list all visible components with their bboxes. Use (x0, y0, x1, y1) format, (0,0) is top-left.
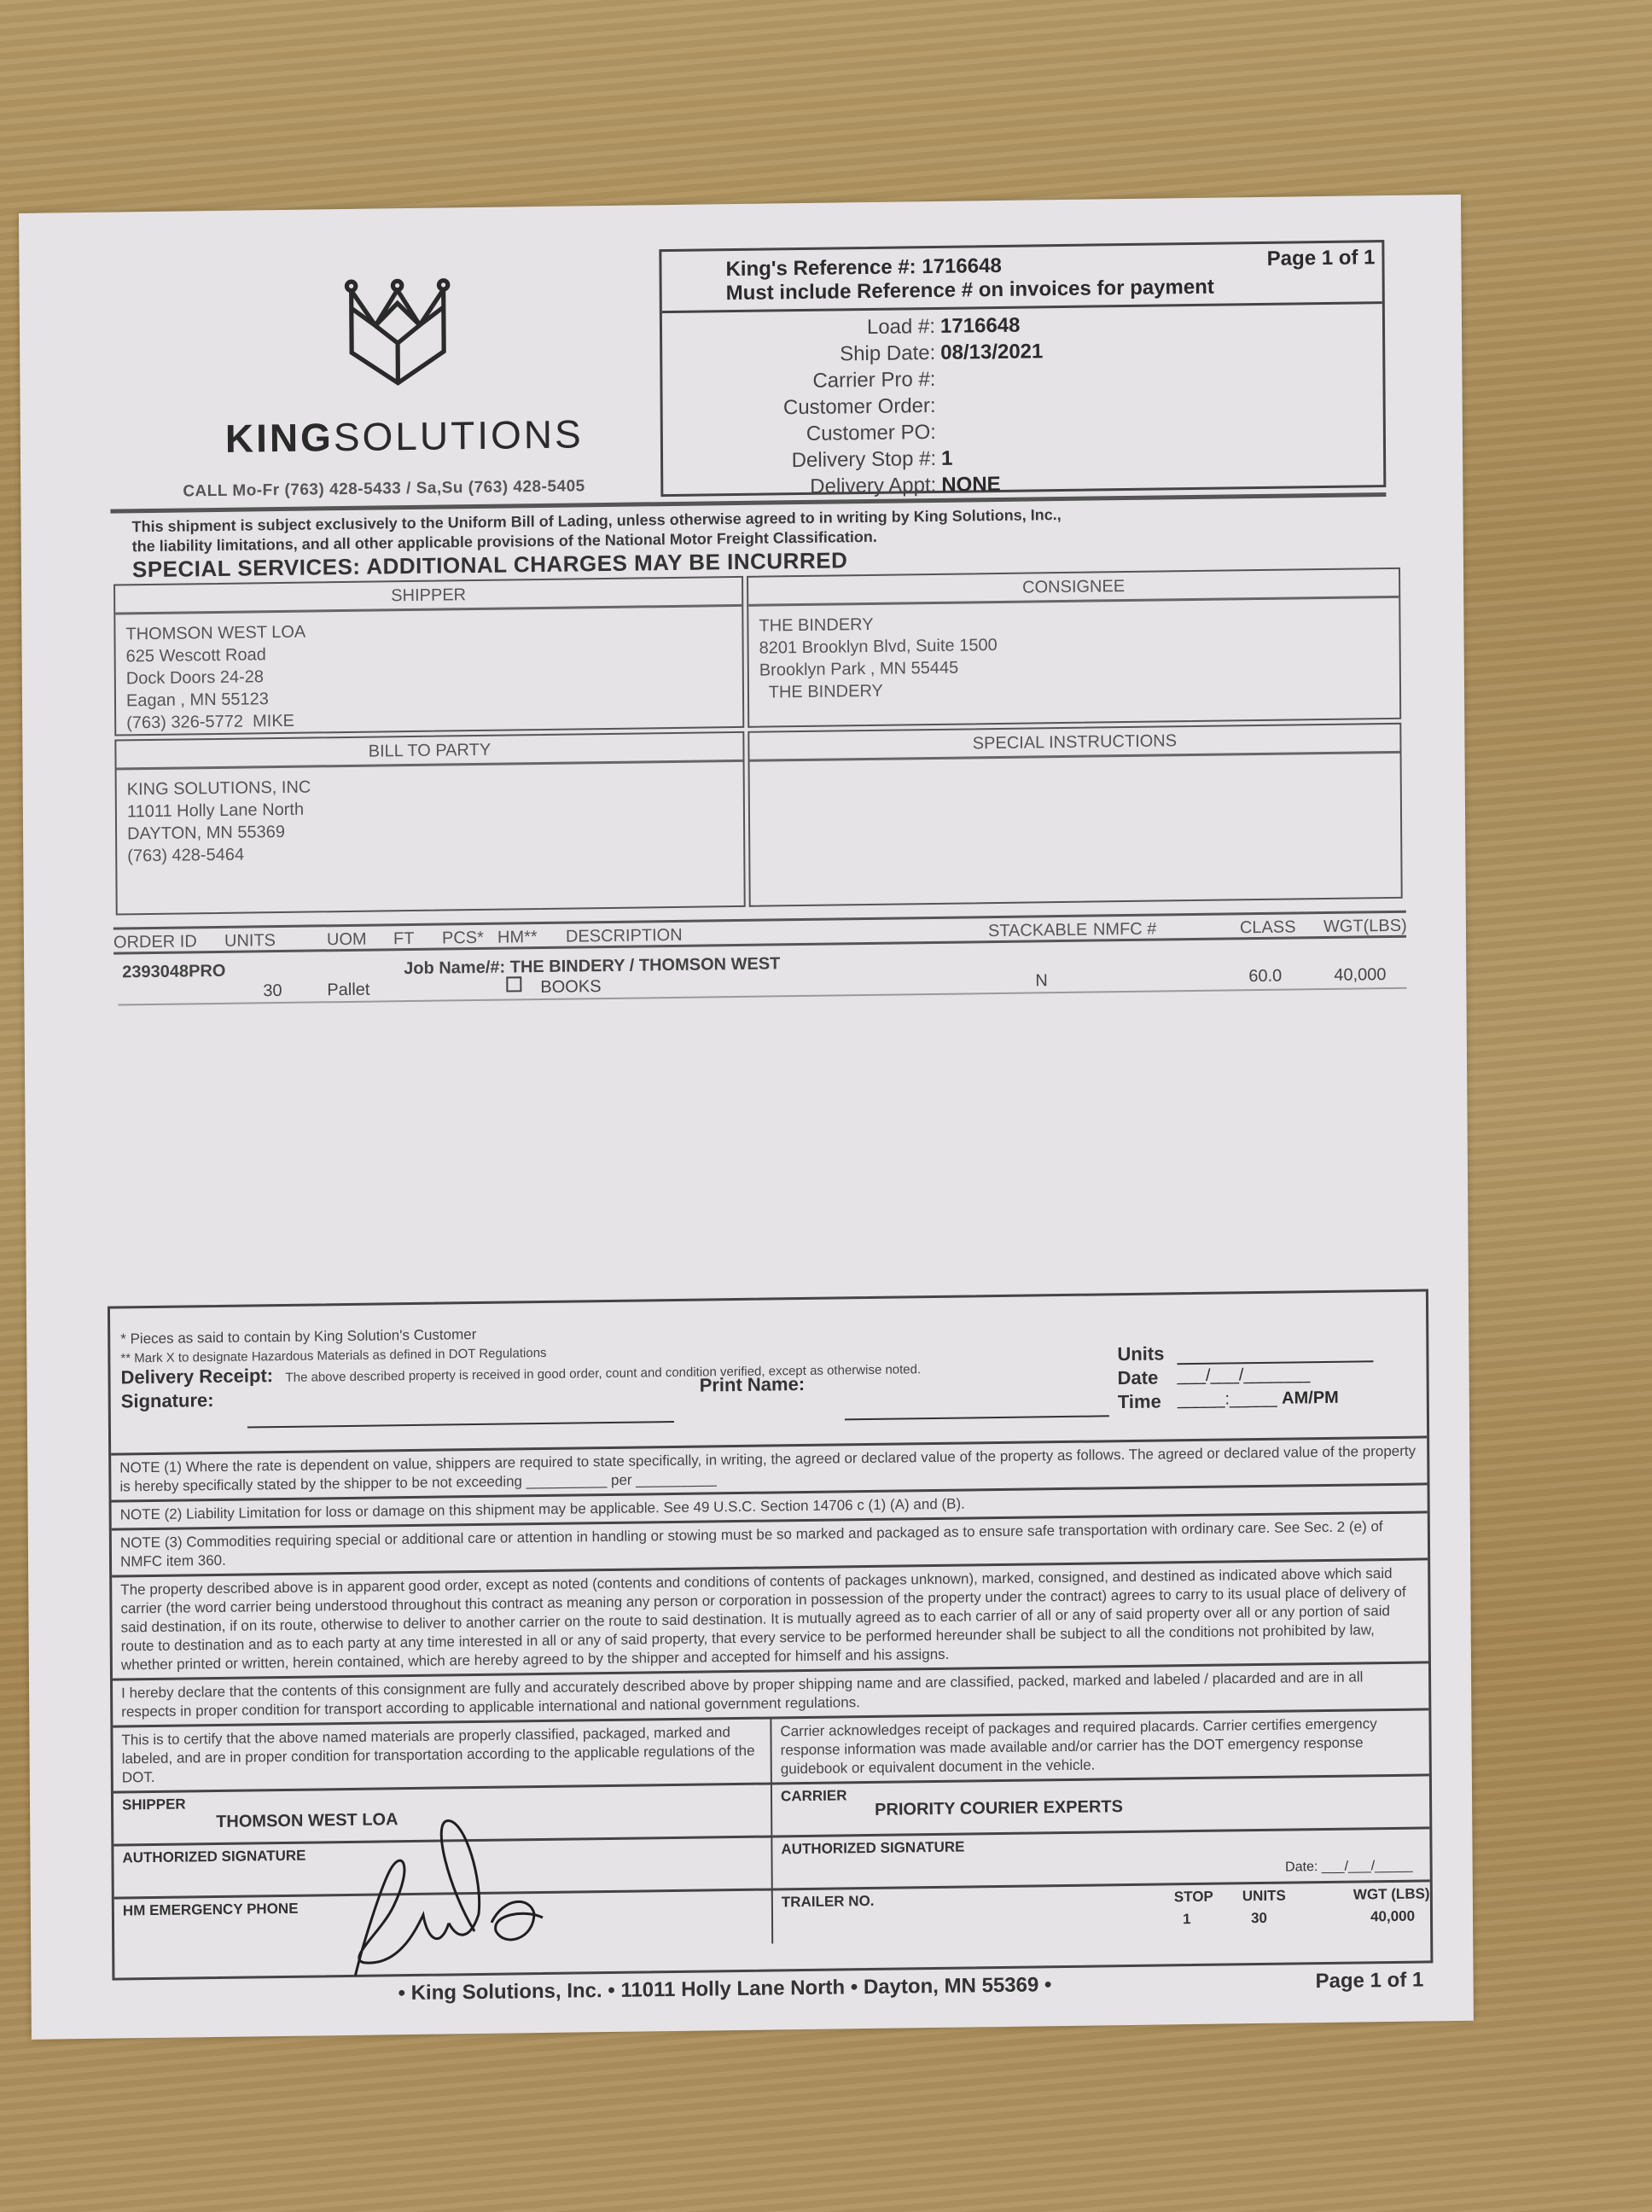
load-info-value (935, 368, 940, 394)
load-info-value: NONE (936, 473, 1001, 500)
col-class: CLASS (1240, 917, 1296, 938)
stop-label: STOP (1174, 1889, 1213, 1906)
job-name: Job Name/#: THE BINDERY / THOMSON WEST (404, 954, 780, 979)
load-info-value (936, 394, 941, 421)
col-order-id: ORDER ID (113, 932, 197, 952)
load-info-label: Customer PO: (663, 421, 936, 451)
reference-box: King's Reference #: 1716648 Must include… (659, 240, 1386, 497)
wgt-label: WGT (LBS) (1353, 1885, 1430, 1903)
hm-emergency-phone-label: HM EMERGENCY PHONE (123, 1901, 299, 1920)
weight-value: 40,000 (1334, 965, 1386, 986)
load-info-label: Ship Date: (662, 341, 935, 371)
load-info-value: 08/13/2021 (935, 340, 1043, 368)
print-name-label: Print Name: (700, 1373, 806, 1397)
load-info-value (936, 421, 941, 447)
date-label: Date (1118, 1367, 1159, 1390)
consignee-box: CONSIGNEE THE BINDERY8201 Brooklyn Blvd,… (747, 568, 1401, 728)
terms-text: This shipment is subject exclusively to … (131, 505, 1061, 556)
footnote-pieces: * Pieces as said to contain by King Solu… (120, 1326, 476, 1348)
delivery-receipt-text: The above described property is received… (285, 1362, 921, 1385)
bill-to-box: BILL TO PARTY KING SOLUTIONS, INC11011 H… (114, 731, 745, 916)
col-ft: FT (393, 929, 415, 949)
stackable-value: N (1035, 971, 1048, 991)
load-info-list: Load #:1716648Ship Date:08/13/2021Carrie… (662, 304, 1384, 504)
handwritten-signature (320, 1809, 645, 1984)
delivery-receipt-block: * Pieces as said to contain by King Solu… (110, 1291, 1427, 1455)
load-info-label: Load #: (662, 315, 935, 345)
trailer-no-label: TRAILER NO. (782, 1893, 875, 1911)
load-info-label: Customer Order: (663, 394, 936, 424)
kings-reference: King's Reference #: 1716648 (725, 254, 1001, 282)
load-info-label: Carrier Pro #: (662, 368, 935, 398)
uom-value: Pallet (327, 981, 369, 1001)
contract-terms: The property described above is in appar… (112, 1560, 1428, 1680)
load-info-value: 1 (936, 447, 953, 474)
stop-value: 1 (1183, 1911, 1191, 1928)
units-field[interactable] (1177, 1360, 1373, 1365)
col-uom: UOM (327, 930, 367, 951)
time-field[interactable]: _____:_____ AM/PM (1178, 1388, 1339, 1410)
call-phone-line: CALL Mo-Fr (763) 428-5433 / Sa,Su (763) … (183, 477, 585, 501)
col-pcs: PCS* (442, 928, 484, 949)
bill-to-address: KING SOLUTIONS, INC11011 Holly Lane Nort… (117, 762, 744, 876)
shipper-certification: This is to certify that the above named … (113, 1719, 771, 1790)
signature-field[interactable] (247, 1421, 674, 1429)
shipper-sig-label: SHIPPER (122, 1796, 186, 1813)
load-info-value: 1716648 (935, 314, 1021, 341)
signature-label: Signature: (121, 1389, 214, 1412)
load-info-label: Delivery Stop #: (663, 447, 936, 477)
col-description: DESCRIPTION (566, 926, 683, 947)
print-name-field[interactable] (845, 1415, 1109, 1420)
shipper-address: THOMSON WEST LOA625 Wescott RoadDock Doo… (115, 607, 742, 743)
legal-section: * Pieces as said to contain by King Solu… (108, 1289, 1433, 1980)
footer-page-number: Page 1 of 1 (1315, 1969, 1423, 1994)
carrier-value: PRIORITY COURIER EXPERTS (875, 1797, 1123, 1820)
shipper-authorized-signature-label: AUTHORIZED SIGNATURE (122, 1848, 305, 1867)
special-instructions-box: SPECIAL INSTRUCTIONS (747, 723, 1402, 907)
units-value: 30 (263, 981, 282, 1001)
col-hm: HM** (497, 928, 538, 948)
units-label-sig: UNITS (1242, 1888, 1286, 1906)
shipper-box: SHIPPER THOMSON WEST LOA625 Wescott Road… (113, 576, 744, 736)
col-stackable: STACKABLE (988, 921, 1088, 942)
crown-box-logo-icon (342, 276, 454, 393)
consignee-address: THE BINDERY8201 Brooklyn Blvd, Suite 150… (748, 598, 1399, 713)
col-nmfc: NMFC # (1093, 920, 1157, 940)
delivery-receipt-label: Delivery Receipt: (120, 1365, 273, 1388)
carrier-sig-date[interactable]: Date: ___/___/_____ (1285, 1859, 1413, 1876)
order-id: 2393048PRO (122, 962, 225, 983)
page-indicator: Page 1 of 1 (1267, 246, 1376, 271)
description-value: BOOKS (540, 977, 601, 998)
wgt-value: 40,000 (1370, 1908, 1415, 1926)
col-weight: WGT(LBS) (1323, 917, 1407, 937)
date-field[interactable]: ___/___/_______ (1178, 1365, 1311, 1386)
company-brand: KINGSOLUTIONS (225, 410, 584, 461)
carrier-label: CARRIER (781, 1787, 847, 1805)
table-row: 2393048PRO Job Name/#: THE BINDERY / THO… (122, 946, 1402, 1015)
carrier-authorized-signature-label: AUTHORIZED SIGNATURE (781, 1839, 964, 1859)
time-label: Time (1118, 1391, 1161, 1414)
units-label: Units (1117, 1342, 1164, 1365)
units-value-sig: 30 (1251, 1910, 1267, 1927)
hazmat-checkbox[interactable] (506, 976, 521, 992)
carrier-certification: Carrier acknowledges receipt of packages… (771, 1710, 1428, 1782)
class-value: 60.0 (1248, 967, 1282, 987)
col-units: UNITS (224, 931, 276, 952)
bill-of-lading-page: KINGSOLUTIONS CALL Mo-Fr (763) 428-5433 … (19, 195, 1474, 2040)
